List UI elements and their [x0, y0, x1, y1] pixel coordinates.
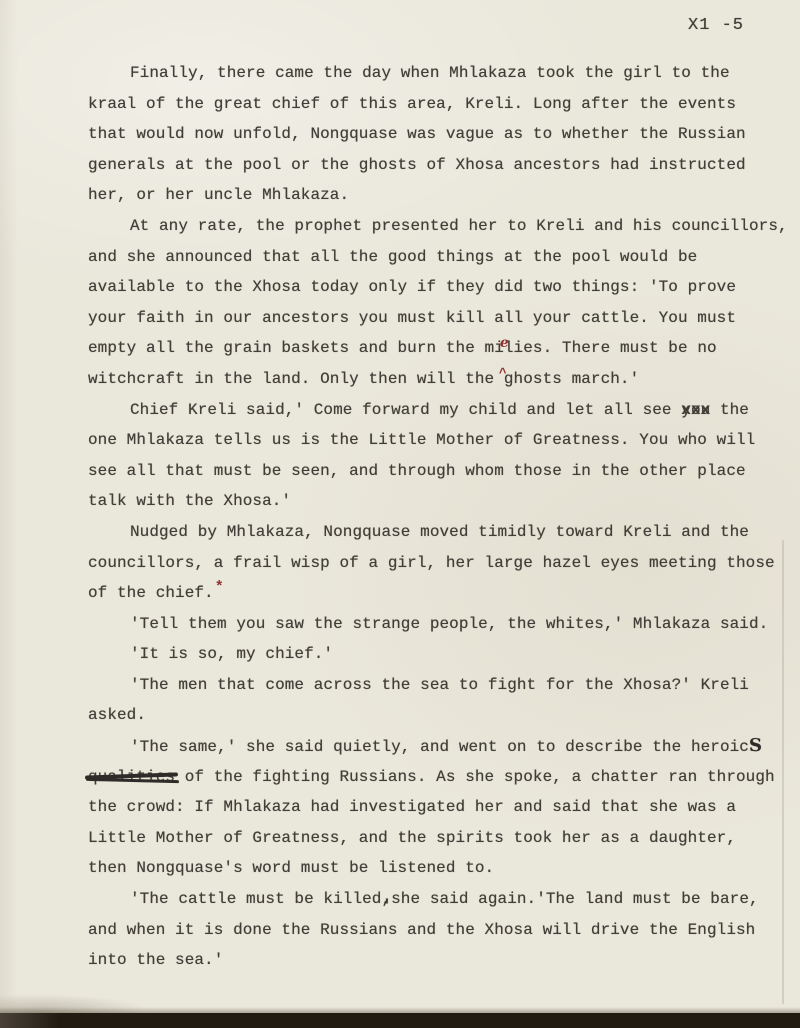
text-line: Nudged by Mhlakaza, Nongquase moved timi… [88, 517, 792, 548]
overtype-x-characters: xxx [681, 395, 710, 426]
text-line: your faith in our ancestors you must kil… [88, 303, 792, 334]
document-body: Finally, there came the day when Mhlakaz… [88, 58, 792, 976]
text-line: talk with the Xhosa.' [88, 486, 792, 517]
text-line: Little Mother of Greatness, and the spir… [88, 823, 792, 854]
text-line: asked. [88, 700, 792, 731]
text-line: and she announced that all the good thin… [88, 242, 792, 273]
handwritten-letter: S [749, 735, 762, 756]
text-line: Finally, there came the day when Mhlakaz… [88, 58, 792, 89]
raised-apostrophe: ' [382, 891, 392, 922]
text-line: councillors, a frail wisp of a girl, her… [88, 548, 792, 579]
text-line-with-scribble: qualities of the fighting Russians. As s… [88, 762, 792, 793]
red-proof-mark-icon: * [215, 579, 224, 596]
line-text: Chief Kreli said,' Come forward my child… [130, 401, 681, 419]
line-text: she said again.'The land must be bare, [391, 890, 759, 908]
text-line: into the sea.' [88, 945, 792, 976]
scan-bottom-edge [0, 1013, 800, 1028]
text-line: witchcraft in the land. Only then will t… [88, 364, 792, 395]
line-text: lies. There must be no [504, 339, 717, 357]
text-line: see all that must be seen, and through w… [88, 456, 792, 487]
deleted-word: qualities [88, 768, 175, 786]
text-line-with-raised-apostrophe: 'The cattle must be killed,'she said aga… [88, 884, 792, 915]
text-line-with-handwritten-s: 'The same,' she said quietly, and went o… [88, 731, 792, 762]
text-line: the crowd: If Mhlakaza had investigated … [88, 792, 792, 823]
typed-over-deletion: youxxx [681, 395, 710, 426]
line-text: 'The same,' she said quietly, and went o… [130, 738, 749, 756]
line-text: 'The cattle must be killed, [130, 890, 391, 908]
line-text: the [710, 401, 749, 419]
text-line: that would now unfold, Nongquase was vag… [88, 119, 792, 150]
text-line-with-insertion: empty all the grain baskets and burn the… [88, 333, 792, 364]
text-line: and when it is done the Russians and the… [88, 915, 792, 946]
text-line: 'It is so, my chief.' [88, 639, 792, 670]
scan-edge-line [782, 540, 784, 1004]
text-line: 'Tell them you saw the strange people, t… [88, 609, 792, 640]
line-text: of the chief. [88, 584, 214, 602]
inserted-letter: e [500, 328, 509, 359]
scribbled-out-word: qualities [88, 762, 175, 793]
scanned-typewritten-page: X1 -5 Finally, there came the day when M… [0, 0, 800, 1028]
text-line: available to the Xhosa today only if the… [88, 272, 792, 303]
text-line: one Mhlakaza tells us is the Little Moth… [88, 425, 792, 456]
text-line-with-proof-mark: of the chief.* [88, 578, 792, 609]
text-line-with-overstrike: Chief Kreli said,' Come forward my child… [88, 395, 792, 426]
text-line: At any rate, the prophet presented her t… [88, 211, 792, 242]
text-line: her, or her uncle Mhlakaza. [88, 180, 792, 211]
text-line: 'The men that come across the sea to fig… [88, 670, 792, 701]
line-text: empty all the grain baskets and burn the… [88, 339, 504, 357]
page-number-code: X1 -5 [688, 14, 744, 38]
text-line: then Nongquase's word must be listened t… [88, 853, 792, 884]
insertion-caret-icon: ^ [499, 359, 507, 390]
text-line: generals at the pool or the ghosts of Xh… [88, 150, 792, 181]
text-line: kraal of the great chief of this area, K… [88, 89, 792, 120]
line-text: of the fighting Russians. As she spoke, … [175, 768, 775, 786]
